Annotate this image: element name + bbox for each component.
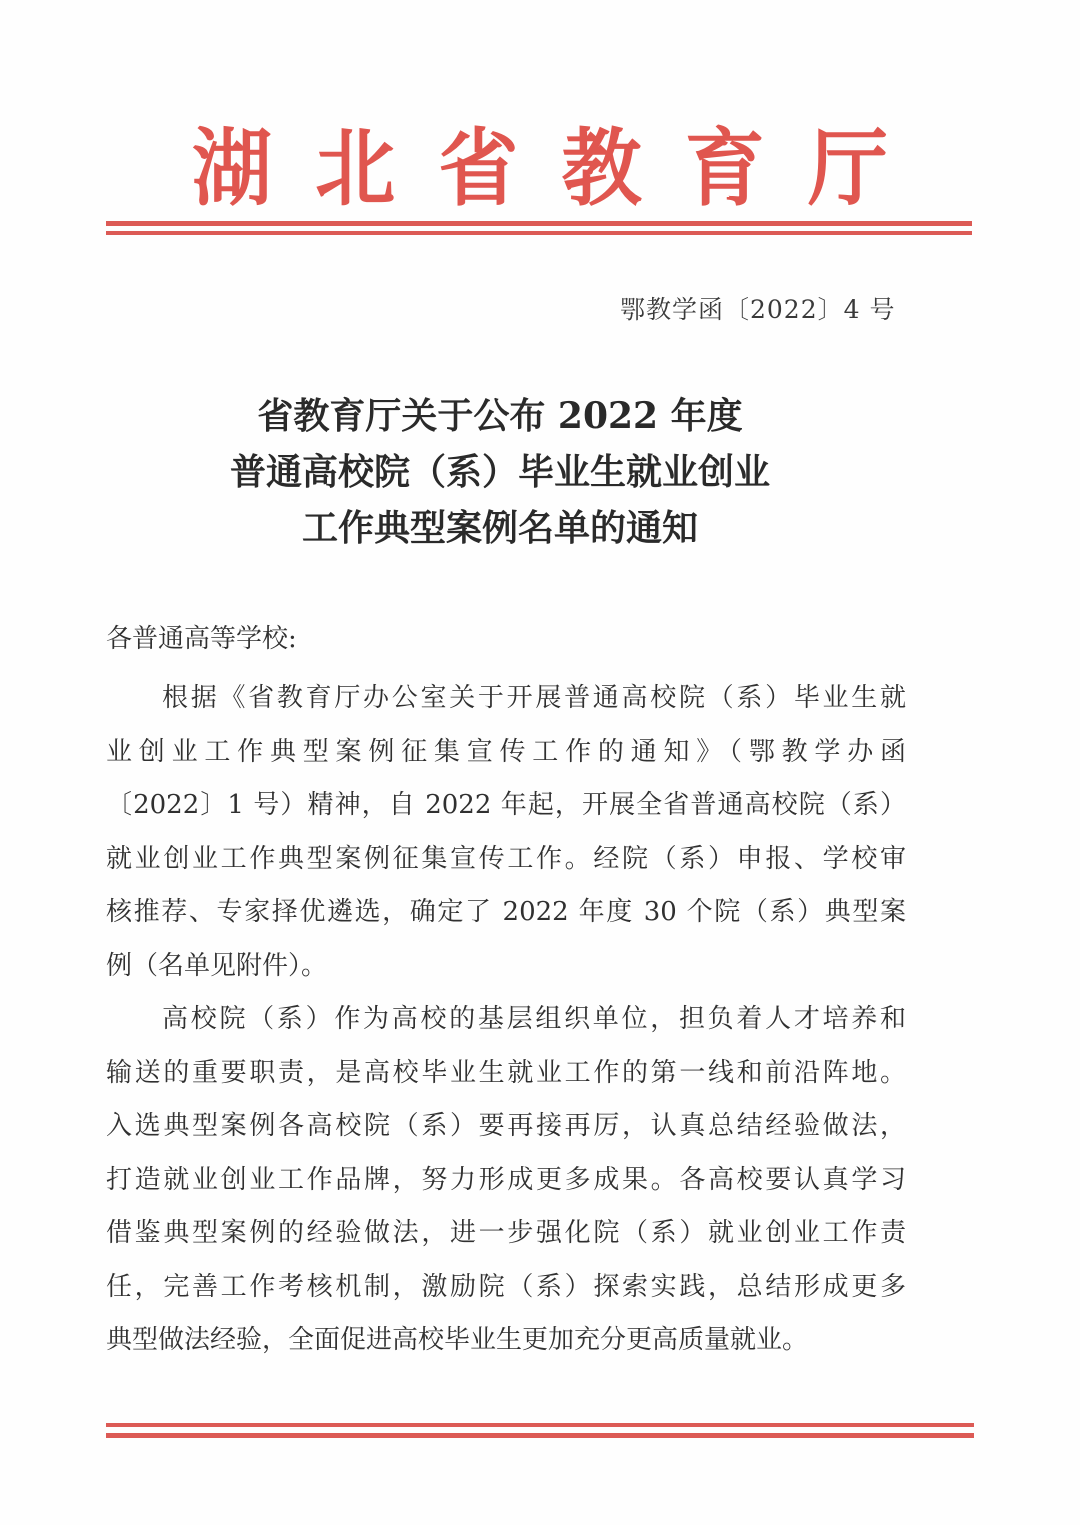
letterhead-char: 湖 (192, 116, 272, 221)
paragraph-line: 高校院（系）作为高校的基层组织单位，担负着人才培养和 (106, 993, 906, 1047)
letterhead-char: 育 (685, 116, 765, 221)
paragraph-line: 业创业工作典型案例征集宣传工作的通知》（鄂教学办函 (106, 726, 906, 780)
title-line: 省教育厅关于公布 2022 年度 (150, 388, 850, 444)
letterhead-char: 教 (562, 116, 642, 221)
paragraph-1: 根据《省教育厅办公室关于开展普通高校院（系）毕业生就 业创业工作典型案例征集宣传… (106, 672, 906, 993)
paragraph-line: 根据《省教育厅办公室关于开展普通高校院（系）毕业生就 (106, 672, 906, 726)
paragraph-line: 任，完善工作考核机制，激励院（系）探索实践，总结形成更多 (106, 1261, 906, 1315)
paragraph-line: 输送的重要职责，是高校毕业生就业工作的第一线和前沿阵地。 (106, 1047, 906, 1101)
paragraph-line: 打造就业创业工作品牌，努力形成更多成果。各高校要认真学习 (106, 1154, 906, 1208)
paragraph-line: 〔2022〕1 号）精神，自 2022 年起，开展全省普通高校院（系） (106, 779, 906, 833)
paragraph-line: 借鉴典型案例的经验做法，进一步强化院（系）就业创业工作责 (106, 1207, 906, 1261)
title-line: 工作典型案例名单的通知 (150, 500, 850, 556)
footer-rule-upper (106, 1423, 974, 1427)
paragraph-line: 入选典型案例各高校院（系）要再接再厉，认真总结经验做法， (106, 1100, 906, 1154)
paragraph-2: 高校院（系）作为高校的基层组织单位，担负着人才培养和 输送的重要职责，是高校毕业… (106, 993, 906, 1368)
title-line: 普通高校院（系）毕业生就业创业 (150, 444, 850, 500)
letterhead-rule-lower (106, 231, 972, 235)
document-title: 省教育厅关于公布 2022 年度 普通高校院（系）毕业生就业创业 工作典型案例名… (150, 388, 850, 556)
letterhead-char: 厅 (808, 116, 888, 221)
paragraph-line: 就业创业工作典型案例征集宣传工作。经院（系）申报、学校审 (106, 833, 906, 887)
letterhead-char: 北 (315, 116, 395, 221)
paragraph-line: 例（名单见附件）。 (106, 940, 906, 994)
document-page: 湖 北 省 教 育 厅 鄂教学函〔2022〕4 号 省教育厅关于公布 2022 … (0, 0, 1080, 1525)
letterhead: 湖 北 省 教 育 厅 (100, 118, 980, 218)
letterhead-char: 省 (438, 116, 518, 221)
salutation: 各普通高等学校: (106, 614, 906, 664)
document-body: 各普通高等学校: 根据《省教育厅办公室关于开展普通高校院（系）毕业生就 业创业工… (106, 614, 906, 1368)
paragraph-line: 核推荐、专家择优遴选，确定了 2022 年度 30 个院（系）典型案 (106, 886, 906, 940)
spacer (106, 664, 906, 672)
footer-rule-lower (106, 1433, 974, 1438)
letterhead-rule-upper (106, 221, 972, 226)
document-number: 鄂教学函〔2022〕4 号 (620, 290, 910, 330)
paragraph-line: 典型做法经验，全面促进高校毕业生更加充分更高质量就业。 (106, 1314, 906, 1368)
